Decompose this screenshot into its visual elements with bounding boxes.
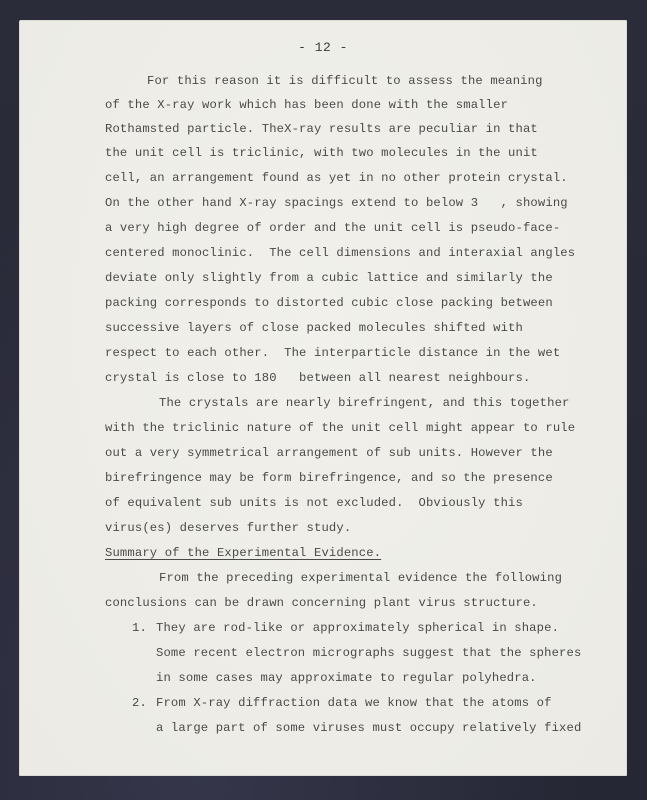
section-heading: Summary of the Experimental Evidence. bbox=[105, 545, 381, 561]
list-item-2-line-2: a large part of some viruses must occupy… bbox=[156, 720, 581, 736]
list-item-2-number: 2. bbox=[132, 695, 147, 711]
list-item-2-line-1: From X-ray diffraction data we know that… bbox=[156, 695, 552, 711]
paragraph-1-line-13: crystal is close to 180 between all near… bbox=[105, 370, 530, 386]
paragraph-2-line-3: out a very symmetrical arrangement of su… bbox=[105, 445, 553, 461]
paragraph-2-line-4: birefringence may be form birefringence,… bbox=[105, 470, 553, 486]
paragraph-1-line-6: On the other hand X-ray spacings extend … bbox=[105, 195, 568, 211]
paragraph-2-line-2: with the triclinic nature of the unit ce… bbox=[105, 420, 575, 436]
paragraph-1-line-1: For this reason it is difficult to asses… bbox=[147, 73, 543, 89]
paragraph-1-line-5: cell, an arrangement found as yet in no … bbox=[105, 170, 568, 186]
typewritten-page: - 12 - For this reason it is difficult t… bbox=[19, 20, 627, 776]
paragraph-1-line-9: deviate only slightly from a cubic latti… bbox=[105, 270, 553, 286]
paragraph-1-line-10: packing corresponds to distorted cubic c… bbox=[105, 295, 553, 311]
list-item-1-line-1: They are rod-like or approximately spher… bbox=[156, 620, 559, 636]
paragraph-3-line-1: From the preceding experimental evidence… bbox=[159, 570, 562, 586]
paragraph-1-line-11: successive layers of close packed molecu… bbox=[105, 320, 523, 336]
paragraph-2-line-1: The crystals are nearly birefringent, an… bbox=[159, 395, 570, 411]
paragraph-2-line-6: virus(es) deserves further study. bbox=[105, 520, 351, 536]
paragraph-1-line-2: of the X-ray work which has been done wi… bbox=[105, 97, 508, 113]
list-item-1-line-3: in some cases may approximate to regular… bbox=[156, 670, 537, 686]
list-item-1-line-2: Some recent electron micrographs suggest… bbox=[156, 645, 581, 661]
paragraph-1-line-7: a very high degree of order and the unit… bbox=[105, 220, 560, 236]
paragraph-1-line-12: respect to each other. The interparticle… bbox=[105, 345, 560, 361]
paragraph-3-line-2: conclusions can be drawn concerning plan… bbox=[105, 595, 538, 611]
paragraph-2-line-5: of equivalent sub units is not excluded.… bbox=[105, 495, 523, 511]
paragraph-1-line-3: Rothamsted particle. TheX-ray results ar… bbox=[105, 121, 538, 137]
paragraph-1-line-4: the unit cell is triclinic, with two mol… bbox=[105, 145, 538, 161]
paragraph-1-line-8: centered monoclinic. The cell dimensions… bbox=[105, 245, 575, 261]
list-item-1-number: 1. bbox=[132, 620, 147, 636]
page-number: - 12 - bbox=[19, 40, 627, 55]
